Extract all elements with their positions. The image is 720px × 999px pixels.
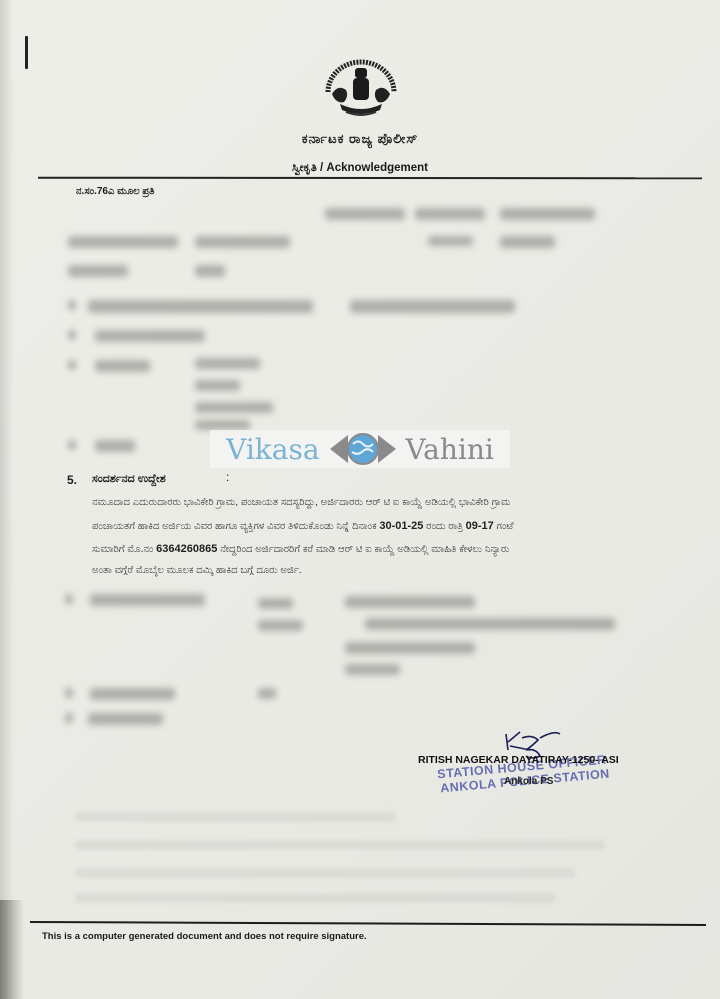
officer-station: Ankola PS <box>504 776 553 787</box>
page-edge-shadow <box>0 0 14 999</box>
label-colon: : <box>226 470 229 484</box>
item-number: 5. <box>67 473 77 487</box>
footer-disclaimer: This is a computer generated document an… <box>42 931 367 942</box>
purpose-line-3: ಸುಮಾರಿಗೆ ಮೊ.ನಂ 6364260865 ನೇದ್ದರಿಂದ ಅರ್ಜ… <box>92 543 509 555</box>
header-divider <box>38 177 702 180</box>
document-subtitle: ಸ್ವೀಕೃತಿ / Acknowledgement <box>0 162 720 175</box>
incident-date: 30-01-25 <box>379 520 423 532</box>
vikasa-vahini-watermark: Vikasa Vahini <box>210 430 510 468</box>
incident-time: 09-17 <box>466 520 494 532</box>
officer-name: RITISH NAGEKAR DAYATIRAY-1250- ASI <box>418 754 619 766</box>
purpose-line-4: ಅಂತಾ ವಗ್ಗೆರೆ ಮೊಬೈಲ ಮೂಲಕ ದಮ್ಕಿ ಹಾಕಿದ ಬಗ್ಗ… <box>92 565 302 576</box>
form-number: ನ.ಸಂ.76ಎ ಮೂಲ ಪ್ರತಿ <box>76 186 154 197</box>
watermark-right-text: Vahini <box>406 433 494 466</box>
purpose-line-1: ನಮೂದಾದ ಎದುರುದಾರರು ಭಾವಿಕೇರಿ ಗ್ರಾಮ, ಪಂಚಾಯತ… <box>92 497 510 508</box>
footer-divider <box>30 921 706 926</box>
document-title: ಕರ್ನಾಟಕ ರಾಜ್ಯ ಪೊಲೀಸ್ <box>0 131 720 147</box>
page-corner-shadow <box>0 900 24 999</box>
pen-mark <box>25 36 28 69</box>
purpose-line-2: ಪಂಚಾಯತಗೆ ಹಾಕಿದ ಅರ್ಜಿಯ ವಿವರ ಹಾಗೂ ವ್ಯಕ್ತಿಗ… <box>92 520 513 532</box>
karnataka-state-police-emblem-icon <box>318 58 404 124</box>
mobile-number: 6364260865 <box>156 543 217 555</box>
purpose-label: ಸಂದರ್ಶನದ ಉದ್ದೇಶ <box>92 473 166 486</box>
watermark-left-text: Vikasa <box>226 433 319 466</box>
globe-eye-icon <box>328 432 398 466</box>
